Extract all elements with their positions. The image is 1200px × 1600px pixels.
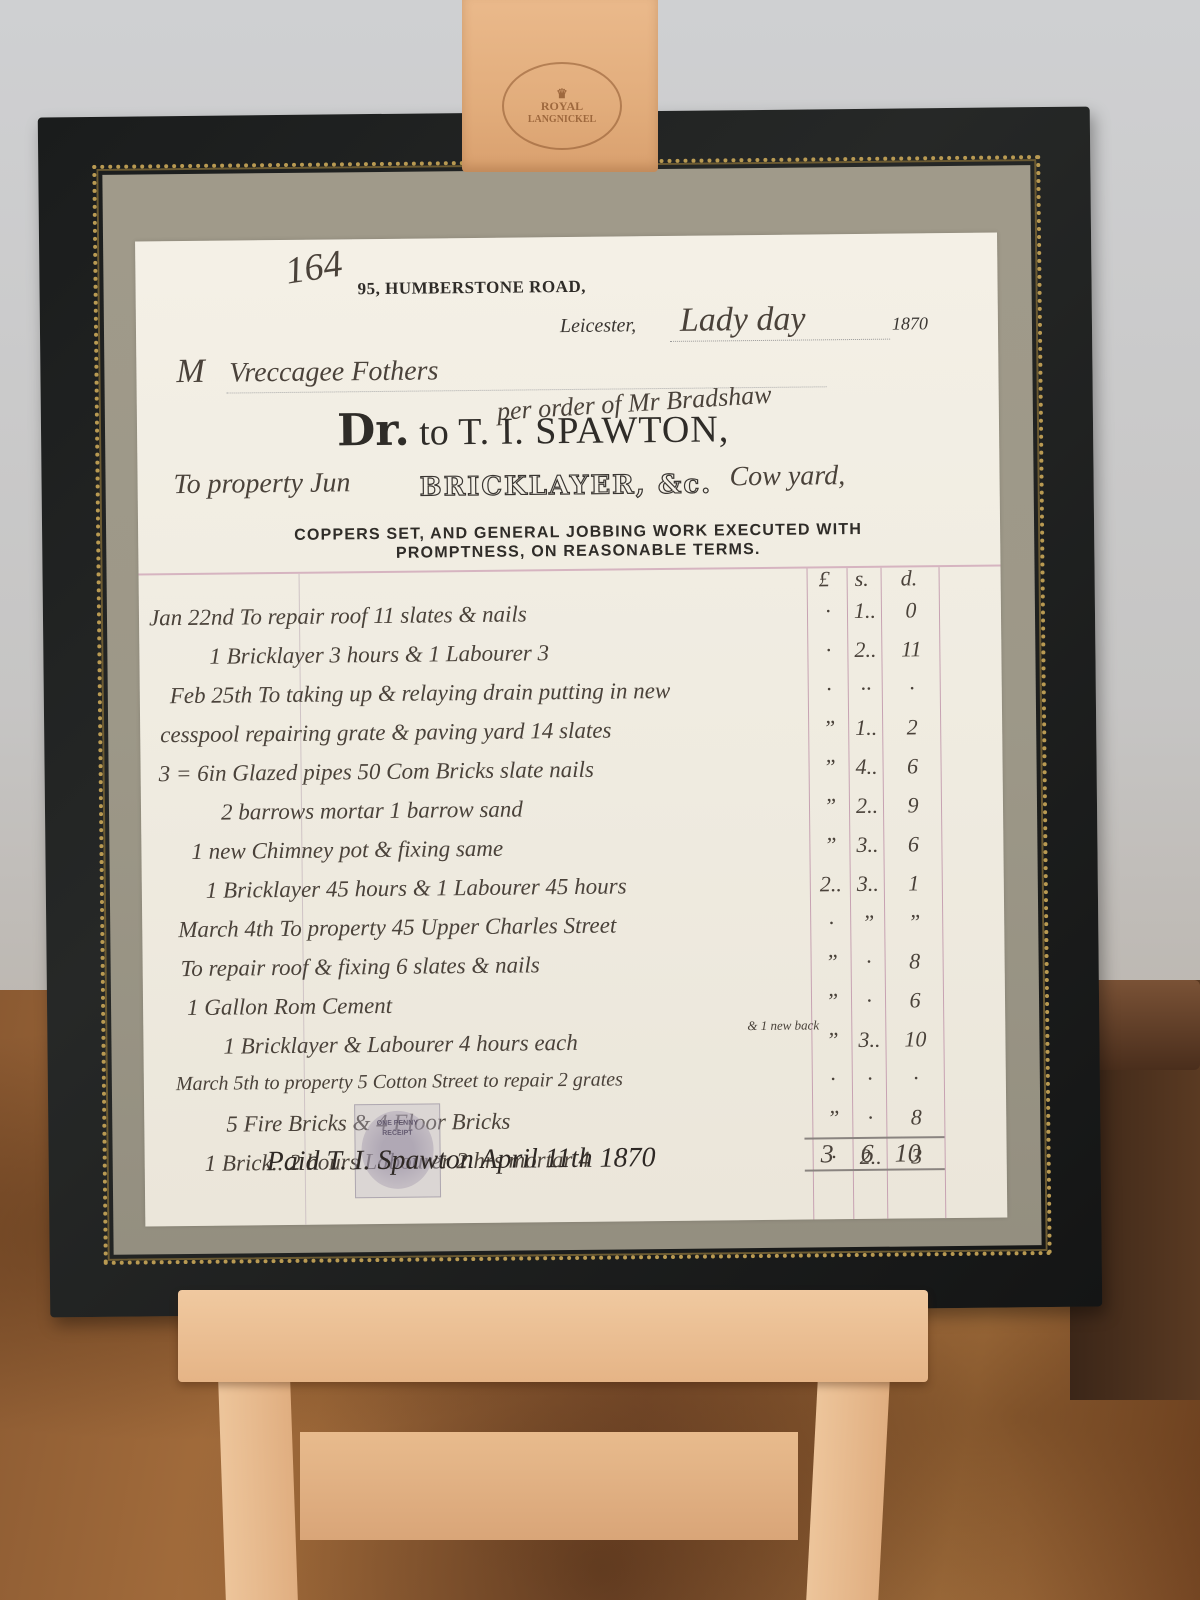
- ruled-header-line: [139, 564, 1001, 575]
- invoice-document: 164 95, HUMBERSTONE ROAD, Leicester, Lad…: [135, 233, 1007, 1227]
- address: 95, HUMBERSTONE ROAD,: [357, 277, 586, 299]
- handwritten-date: Lady day: [680, 301, 806, 340]
- title-to: to: [419, 411, 449, 453]
- total-pence: 10: [894, 1138, 920, 1168]
- year: 1870: [892, 313, 928, 334]
- tagline: COPPERS SET, AND GENERAL JOBBING WORK EX…: [208, 519, 948, 565]
- invoice-title: Dr. to T. I. SPAWTON,: [337, 400, 838, 456]
- place-date-line: Leicester, Lady day 1870: [560, 305, 980, 349]
- recipient-name: Vreccagee Fothers: [229, 355, 438, 388]
- total-shillings: 6: [860, 1139, 873, 1169]
- recipient: M Vreccagee Fothers: [176, 350, 438, 391]
- header-pence: d.: [900, 565, 917, 591]
- yard-note: Cow yard,: [729, 460, 845, 493]
- emboss-line-2: LANGNICKEL: [528, 113, 596, 126]
- picture-frame: 164 95, HUMBERSTONE ROAD, Leicester, Lad…: [38, 107, 1103, 1318]
- header-shillings: s.: [854, 566, 868, 592]
- total-box: 3 6 10: [804, 1136, 944, 1171]
- easel-left-leg: [218, 1380, 298, 1600]
- crown-icon: ♛: [556, 87, 568, 100]
- title-dr: Dr.: [337, 405, 410, 457]
- easel-front-rail: [178, 1290, 928, 1382]
- trade-label: BRICKLAYER, &c.: [419, 469, 712, 502]
- property-note: To property Jun: [173, 467, 350, 501]
- easel-brand-emboss: ♛ ROYAL LANGNICKEL: [502, 62, 622, 150]
- emboss-line-1: ROYAL: [541, 100, 583, 113]
- header-pounds: £: [818, 566, 829, 592]
- paid-signature: Paid T. I. Spawton April 11th 1870: [267, 1142, 656, 1178]
- line-items: Jan 22nd To repair roof 11 slates & nail…: [139, 592, 1007, 1186]
- place: Leicester,: [560, 314, 636, 338]
- reference-number: 164: [282, 242, 345, 294]
- easel-lower-shelf: [300, 1432, 798, 1540]
- easel-top-block: ♛ ROYAL LANGNICKEL: [462, 0, 658, 172]
- easel-right-leg: [806, 1380, 890, 1600]
- recipient-prefix: M: [176, 353, 205, 390]
- title-name: T. I. SPAWTON,: [458, 408, 729, 453]
- total-pounds: 3: [820, 1139, 833, 1169]
